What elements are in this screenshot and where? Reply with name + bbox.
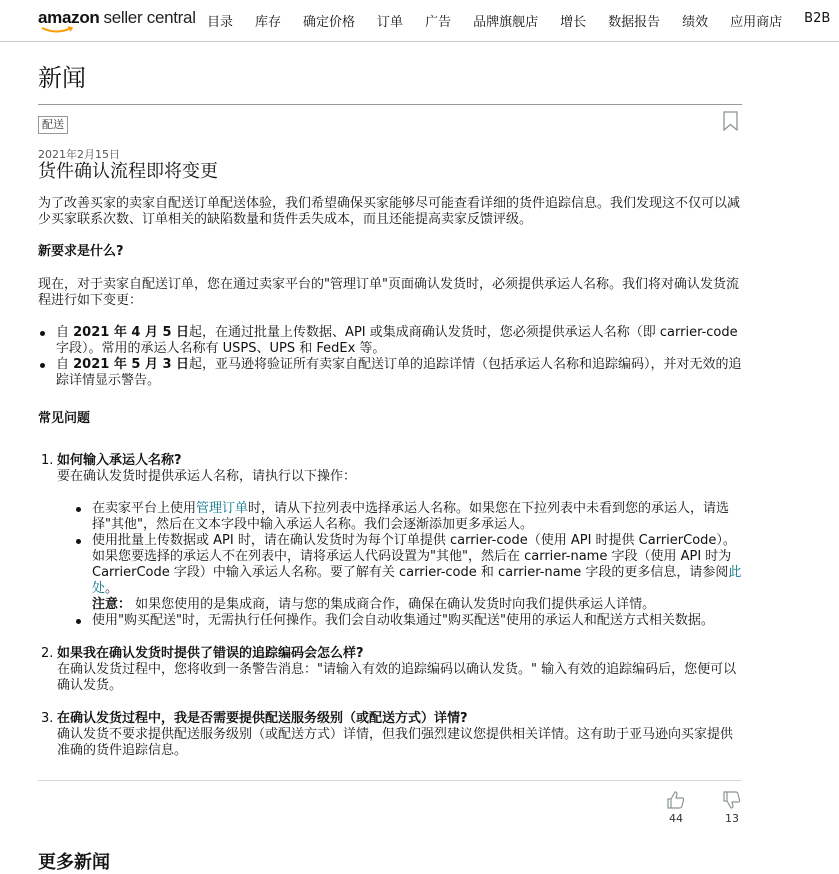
list-item: 使用批量上传数据或 API 时，请在确认发货时为每个订单提供 carrier-c… (74, 533, 742, 613)
nav-catalog[interactable]: 目录 (207, 11, 233, 30)
section-heading-new-requirements: 新要求是什么? (38, 244, 742, 260)
faq-item: 2. 如果我在确认发货时提供了错误的追踪编码会怎么样? 在确认发货过程中，您将收… (38, 646, 742, 694)
list-item: 在卖家平台上使用管理订单时，请从下拉列表中选择承运人名称。如果您在下拉列表中未看… (74, 501, 742, 533)
amazon-smile-icon (41, 26, 73, 34)
thumbs-up-icon (666, 790, 686, 810)
faq-question: 如果我在确认发货时提供了错误的追踪编码会怎么样? (57, 646, 742, 662)
list-item: 自 2021 年 5 月 3 日起，亚马逊将验证所有卖家自配送订单的追踪详情（包… (38, 357, 742, 389)
list-item: 使用"购买配送"时，无需执行任何操作。我们会自动收集通过"购买配送"使用的承运人… (74, 613, 742, 629)
faq-answer: 在确认发货过程中，您将收到一条警告消息："请输入有效的追踪编码以确认发货。" 输… (57, 662, 742, 694)
requirements-list: 自 2021 年 4 月 5 日起，在通过批量上传数据、API 或集成商确认发货… (38, 325, 742, 389)
faq-question: 如何输入承运人名称? (57, 453, 742, 469)
thumbs-down-count: 13 (720, 812, 744, 825)
amazon-seller-central-logo[interactable]: amazon seller central (38, 8, 196, 34)
faq-list: 1. 如何输入承运人名称? 要在确认发货时提供承运人名称，请执行以下操作： 在卖… (38, 453, 742, 759)
bookmark-icon[interactable] (723, 111, 738, 131)
faq-sub-list: 在卖家平台上使用管理订单时，请从下拉列表中选择承运人名称。如果您在下拉列表中未看… (74, 501, 742, 629)
logo-brand: amazon (38, 8, 100, 28)
faq-answer: 要在确认发货时提供承运人名称，请执行以下操作： (57, 469, 742, 485)
category-tag: 配送 (38, 116, 68, 134)
nav-performance[interactable]: 绩效 (682, 11, 708, 30)
faq-heading: 常见问题 (38, 411, 742, 427)
thumbs-down-icon (722, 790, 742, 810)
intro-paragraph: 为了改善买家的卖家自配送订单配送体验，我们希望确保买家能够尽可能查看详细的货件追… (38, 196, 742, 228)
thumbs-up-count: 44 (664, 812, 688, 825)
nav-pricing[interactable]: 确定价格 (303, 11, 355, 30)
thumbs-down-button[interactable]: 13 (720, 790, 744, 825)
article-body: 为了改善买家的卖家自配送订单配送体验，我们希望确保买家能够尽可能查看详细的货件追… (38, 196, 742, 776)
nav-advertising[interactable]: 广告 (425, 11, 451, 30)
nav-appstore[interactable]: 应用商店 (730, 11, 782, 30)
section-paragraph: 现在，对于卖家自配送订单，您在通过卖家平台的"管理订单"页面确认发货时，必须提供… (38, 277, 742, 309)
nav-inventory[interactable]: 库存 (255, 11, 281, 30)
nav-growth[interactable]: 增长 (560, 11, 586, 30)
divider (38, 104, 742, 105)
nav-stores[interactable]: 品牌旗舰店 (473, 11, 538, 30)
faq-item: 1. 如何输入承运人名称? 要在确认发货时提供承运人名称，请执行以下操作： 在卖… (38, 453, 742, 629)
manage-orders-link[interactable]: 管理订单 (196, 501, 248, 516)
news-content: 新闻 配送 2021年2月15日 货件确认流程即将变更 为了改善买家的卖家自配送… (38, 42, 742, 96)
faq-question: 在确认发货过程中，我是否需要提供配送服务级别（或配送方式）详情? (57, 711, 742, 727)
faq-item: 3. 在确认发货过程中，我是否需要提供配送服务级别（或配送方式）详情? 确认发货… (38, 711, 742, 759)
page-title: 新闻 (38, 60, 742, 96)
thumbs-up-button[interactable]: 44 (664, 790, 688, 825)
logo-product: seller central (104, 8, 196, 28)
top-navigation-bar: amazon seller central 目录 库存 确定价格 订单 广告 品… (0, 0, 839, 42)
divider (38, 780, 742, 781)
faq-answer: 确认发货不要求提供配送服务级别（或配送方式）详情，但我们强烈建议您提供相关详情。… (57, 727, 742, 759)
nav-orders[interactable]: 订单 (377, 11, 403, 30)
main-nav: 目录 库存 确定价格 订单 广告 品牌旗舰店 增长 数据报告 绩效 应用商店 B… (207, 11, 839, 30)
more-news-heading: 更多新闻 (38, 848, 110, 867)
nav-reports[interactable]: 数据报告 (608, 11, 660, 30)
list-item: 自 2021 年 4 月 5 日起，在通过批量上传数据、API 或集成商确认发货… (38, 325, 742, 357)
nav-b2b[interactable]: B2B (804, 11, 830, 30)
article-title: 货件确认流程即将变更 (38, 157, 218, 183)
